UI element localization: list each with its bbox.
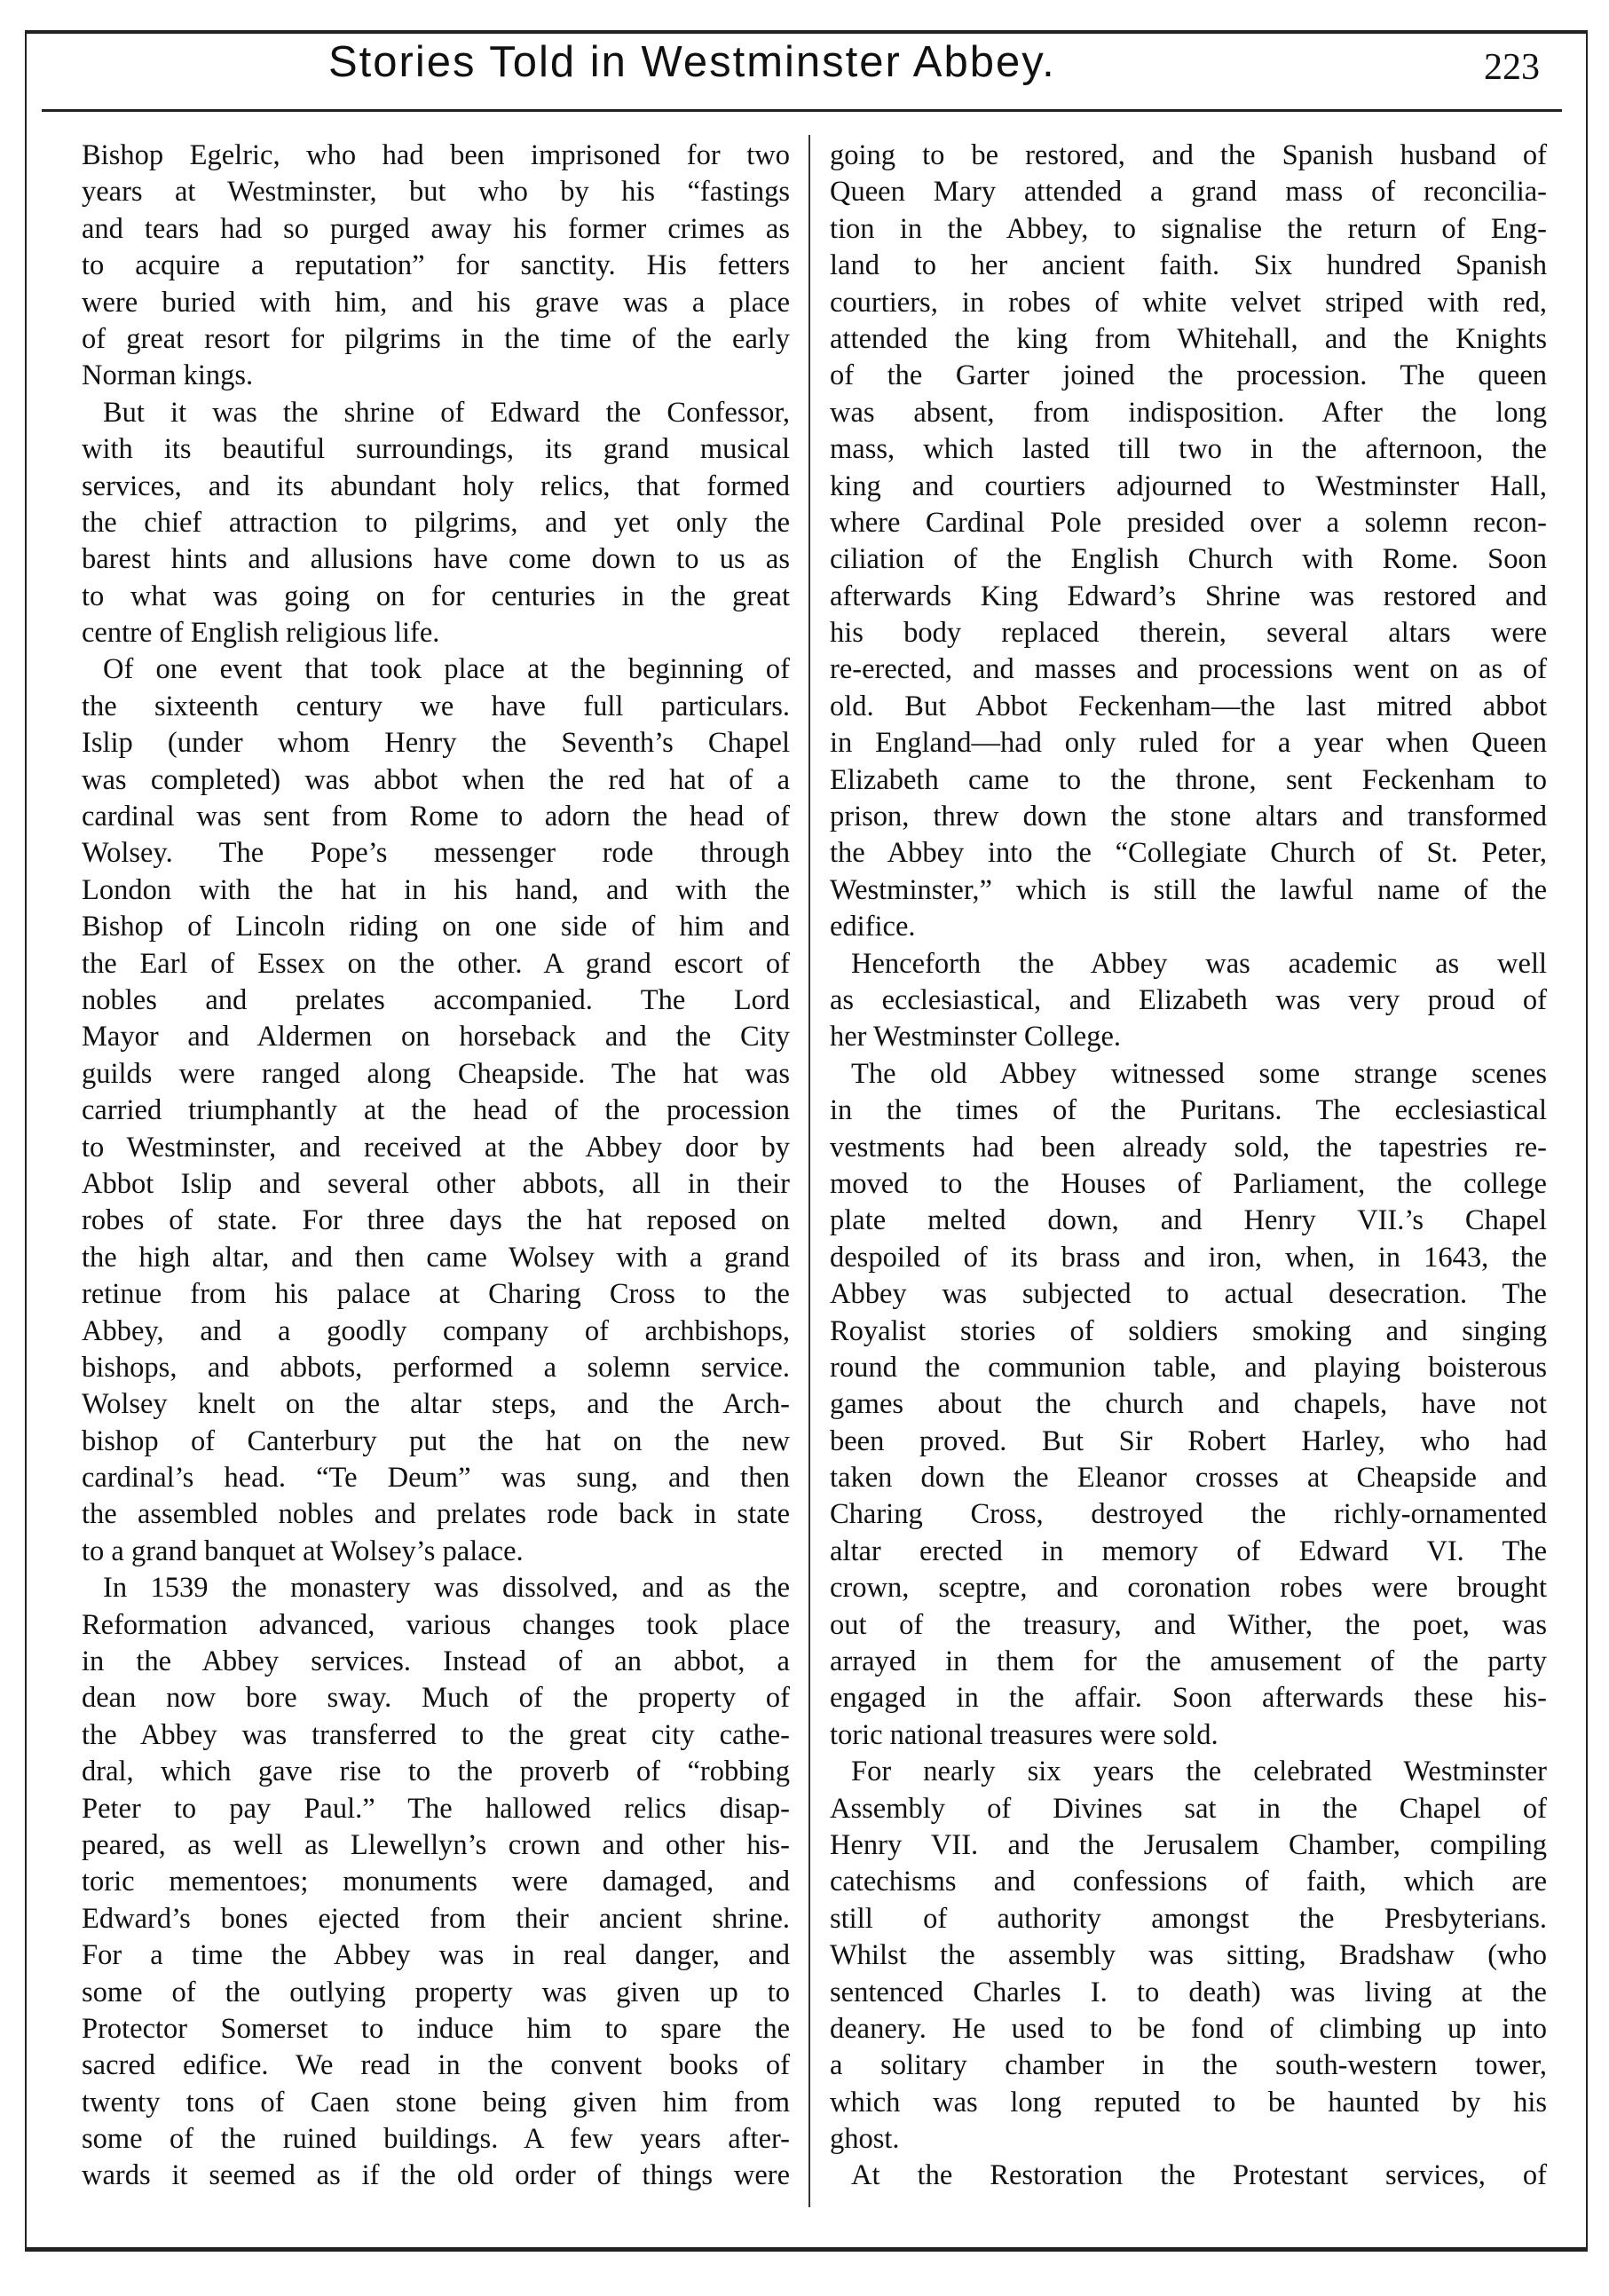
text-line: going to be restored, and the Spanish hu… <box>830 138 1547 174</box>
text-line: some of the ruined buildings. A few year… <box>82 2121 790 2158</box>
text-line: as ecclesiastical, and Elizabeth was ver… <box>830 982 1547 1019</box>
text-line: some of the outlying property was given … <box>82 1975 790 2011</box>
text-line: old. But Abbot Feckenham—the last mitred… <box>830 689 1547 725</box>
text-line: to acquire a reputation” for sanctity. H… <box>82 248 790 284</box>
text-line: nobles and prelates accompanied. The Lor… <box>82 982 790 1019</box>
text-line: edifice. <box>830 909 1547 945</box>
running-header-title: Stories Told in Westminster Abbey. <box>328 37 1056 87</box>
text-line: the chief attraction to pilgrims, and ye… <box>82 505 790 541</box>
text-line: the Abbey was transferred to the great c… <box>82 1717 790 1754</box>
text-line: a solitary chamber in the south-western … <box>830 2047 1547 2084</box>
text-line: cardinal’s head. “Te Deum” was sung, and… <box>82 1460 790 1496</box>
text-line: dral, which gave rise to the proverb of … <box>82 1754 790 1790</box>
text-line: the sixteenth century we have full parti… <box>82 689 790 725</box>
text-line: Henceforth the Abbey was academic as wel… <box>830 946 1547 982</box>
text-line: Whilst the assembly was sitting, Bradsha… <box>830 1937 1547 1974</box>
text-line: Abbey, and a goodly company of archbisho… <box>82 1314 790 1350</box>
text-line: centre of English religious life. <box>82 615 790 651</box>
text-line: in England—had only ruled for a year whe… <box>830 725 1547 761</box>
text-line: In 1539 the monastery was dissolved, and… <box>82 1570 790 1606</box>
text-line: despoiled of its brass and iron, when, i… <box>830 1240 1547 1276</box>
text-line: Charing Cross, destroyed the richly-orna… <box>830 1496 1547 1533</box>
text-line: to what was going on for centuries in th… <box>82 579 790 615</box>
text-line: the Earl of Essex on the other. A grand … <box>82 946 790 982</box>
text-line: Islip (under whom Henry the Seventh’s Ch… <box>82 725 790 761</box>
text-line: years at Westminster, but who by his “fa… <box>82 174 790 210</box>
text-line: moved to the Houses of Parliament, the c… <box>830 1166 1547 1203</box>
text-line: Wolsey knelt on the altar steps, and the… <box>82 1386 790 1423</box>
text-line: London with the hat in his hand, and wit… <box>82 872 790 909</box>
text-line: where Cardinal Pole presided over a sole… <box>830 505 1547 541</box>
text-line: services, and its abundant holy relics, … <box>82 469 790 505</box>
text-line: the Abbey into the “Collegiate Church of… <box>830 835 1547 872</box>
header-rule <box>42 109 1562 112</box>
text-line: peared, as well as Llewellyn’s crown and… <box>82 1827 790 1864</box>
text-line: Westminster,” which is still the lawful … <box>830 872 1547 909</box>
text-line: afterwards King Edward’s Shrine was rest… <box>830 579 1547 615</box>
text-line: of great resort for pilgrims in the time… <box>82 321 790 358</box>
text-line: Bishop of Lincoln riding on one side of … <box>82 909 790 945</box>
text-line: Protector Somerset to induce him to spar… <box>82 2011 790 2047</box>
text-line: in the times of the Puritans. The eccles… <box>830 1093 1547 1129</box>
text-line: Abbot Islip and several other abbots, al… <box>82 1166 790 1203</box>
text-line: and tears had so purged away his former … <box>82 211 790 248</box>
text-line: attended the king from Whitehall, and th… <box>830 321 1547 358</box>
text-line: round the communion table, and playing b… <box>830 1350 1547 1386</box>
text-line: her Westminster College. <box>830 1019 1547 1055</box>
text-line: sentenced Charles I. to death) was livin… <box>830 1975 1547 2011</box>
text-line: in the Abbey services. Instead of an abb… <box>82 1644 790 1680</box>
text-line: barest hints and allusions have come dow… <box>82 541 790 578</box>
text-line: the high altar, and then came Wolsey wit… <box>82 1240 790 1276</box>
text-line: re-erected, and masses and processions w… <box>830 651 1547 688</box>
text-line: to a grand banquet at Wolsey’s palace. <box>82 1534 790 1570</box>
text-line: Norman kings. <box>82 358 790 394</box>
text-line: cardinal was sent from Rome to adorn the… <box>82 799 790 835</box>
text-line: of the Garter joined the procession. The… <box>830 358 1547 394</box>
text-line: was completed) was abbot when the red ha… <box>82 762 790 799</box>
text-line: the assembled nobles and prelates rode b… <box>82 1496 790 1533</box>
text-line: was absent, from indisposition. After th… <box>830 395 1547 431</box>
text-line: toric national treasures were sold. <box>830 1717 1547 1754</box>
column-left: Bishop Egelric, who had been imprisoned … <box>82 138 790 2195</box>
text-line: vestments had been already sold, the tap… <box>830 1130 1547 1166</box>
text-line: courtiers, in robes of white velvet stri… <box>830 285 1547 321</box>
text-line: But it was the shrine of Edward the Conf… <box>82 395 790 431</box>
text-line: ghost. <box>830 2121 1547 2158</box>
text-line: deanery. He used to be fond of climbing … <box>830 2011 1547 2047</box>
text-line: taken down the Eleanor crosses at Cheaps… <box>830 1460 1547 1496</box>
text-line: wards it seemed as if the old order of t… <box>82 2158 790 2194</box>
text-line: At the Restoration the Protestant servic… <box>830 2158 1547 2194</box>
text-line: Mayor and Aldermen on horseback and the … <box>82 1019 790 1055</box>
text-line: with its beautiful surroundings, its gra… <box>82 431 790 468</box>
text-line: guilds were ranged along Cheapside. The … <box>82 1056 790 1093</box>
text-line: Abbey was subjected to actual desecratio… <box>830 1276 1547 1313</box>
text-line: catechisms and confessions of faith, whi… <box>830 1864 1547 1900</box>
text-line: out of the treasury, and Wither, the poe… <box>830 1607 1547 1644</box>
text-line: retinue from his palace at Charing Cross… <box>82 1276 790 1313</box>
text-line: For a time the Abbey was in real danger,… <box>82 1937 790 1974</box>
text-line: mass, which lasted till two in the after… <box>830 431 1547 468</box>
text-line: arrayed in them for the amusement of the… <box>830 1644 1547 1680</box>
column-right: going to be restored, and the Spanish hu… <box>830 138 1547 2195</box>
text-line: altar erected in memory of Edward VI. Th… <box>830 1534 1547 1570</box>
text-line: Wolsey. The Pope’s messenger rode throug… <box>82 835 790 872</box>
text-line: Peter to pay Paul.” The hallowed relics … <box>82 1791 790 1827</box>
text-line: dean now bore sway. Much of the property… <box>82 1680 790 1716</box>
text-line: Edward’s bones ejected from their ancien… <box>82 1901 790 1937</box>
text-line: Of one event that took place at the begi… <box>82 651 790 688</box>
text-line: toric mementoes; monuments were damaged,… <box>82 1864 790 1900</box>
text-line: Queen Mary attended a grand mass of reco… <box>830 174 1547 210</box>
text-line: Assembly of Divines sat in the Chapel of <box>830 1791 1547 1827</box>
text-line: robes of state. For three days the hat r… <box>82 1203 790 1239</box>
text-line: The old Abbey witnessed some strange sce… <box>830 1056 1547 1093</box>
text-line: Royalist stories of soldiers smoking and… <box>830 1314 1547 1350</box>
text-line: Henry VII. and the Jerusalem Chamber, co… <box>830 1827 1547 1864</box>
text-line: Bishop Egelric, who had been imprisoned … <box>82 138 790 174</box>
text-line: games about the church and chapels, have… <box>830 1386 1547 1423</box>
text-line: twenty tons of Caen stone being given hi… <box>82 2085 790 2121</box>
text-line: land to her ancient faith. Six hundred S… <box>830 248 1547 284</box>
text-line: which was long reputed to be haunted by … <box>830 2085 1547 2121</box>
text-line: ciliation of the English Church with Rom… <box>830 541 1547 578</box>
text-line: prison, threw down the stone altars and … <box>830 799 1547 835</box>
text-line: were buried with him, and his grave was … <box>82 285 790 321</box>
text-line: bishop of Canterbury put the hat on the … <box>82 1424 790 1460</box>
text-line: his body replaced therein, several altar… <box>830 615 1547 651</box>
text-line: engaged in the affair. Soon afterwards t… <box>830 1680 1547 1716</box>
text-line: king and courtiers adjourned to Westmins… <box>830 469 1547 505</box>
text-line: to Westminster, and received at the Abbe… <box>82 1130 790 1166</box>
text-line: plate melted down, and Henry VII.’s Chap… <box>830 1203 1547 1239</box>
page-number: 223 <box>1484 46 1540 89</box>
text-line: sacred edifice. We read in the convent b… <box>82 2047 790 2084</box>
column-divider <box>808 135 810 2207</box>
text-line: Reformation advanced, various changes to… <box>82 1607 790 1644</box>
text-line: still of authority amongst the Presbyter… <box>830 1901 1547 1937</box>
text-line: tion in the Abbey, to signalise the retu… <box>830 211 1547 248</box>
text-line: Elizabeth came to the throne, sent Fecke… <box>830 762 1547 799</box>
text-line: For nearly six years the celebrated West… <box>830 1754 1547 1790</box>
text-line: bishops, and abbots, performed a solemn … <box>82 1350 790 1386</box>
text-line: crown, sceptre, and coronation robes wer… <box>830 1570 1547 1606</box>
text-line: carried triumphantly at the head of the … <box>82 1093 790 1129</box>
text-line: been proved. But Sir Robert Harley, who … <box>830 1424 1547 1460</box>
